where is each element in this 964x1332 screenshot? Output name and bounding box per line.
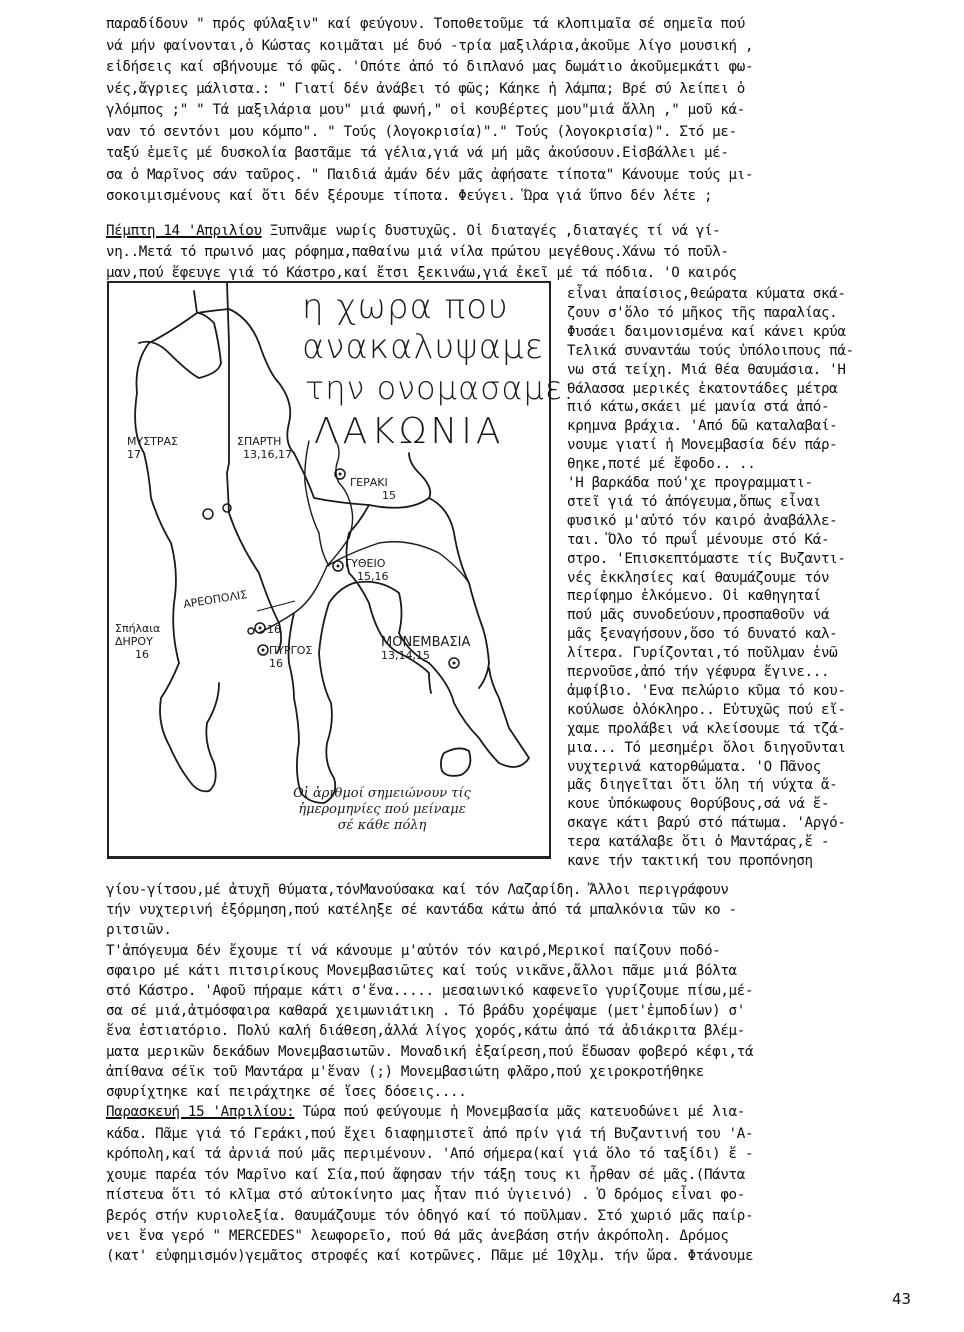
town-days: 16 — [115, 648, 175, 661]
town-sparti: ΣΠΑΡΤΗ 13,16,17 — [237, 435, 292, 461]
column-lines-line: 'Η βαρκάδα πού'χε προγραμματι- — [567, 473, 957, 494]
town-name: ΓΥΘΕΙΟ — [345, 557, 385, 570]
map-title-line-4: ΛΑΚΩΝΙΑ — [314, 411, 505, 452]
document-page: παραδίδουν " πρός φύλαξιν" καί φεύγουν. … — [0, 0, 964, 1332]
friday-lines-line: νει ἕνα γερό " MERCEDES" λεωφορεῖο, πού … — [106, 1226, 954, 1247]
column-lines-line: λίτερα. Γυρίζονται,τό ποῦλμαν ἐνῶ — [567, 643, 957, 664]
top-para-line: παραδίδουν " πρός φύλαξιν" καί φεύγουν. … — [106, 14, 954, 35]
friday-line-0: Τώρα πού φεύγουμε ἡ Μονεμβασία μᾶς κατευ… — [294, 1104, 745, 1120]
thursday-first-line: Πέμπτη 14 'Απριλίου Ξυπνᾶμε νωρίς δυστυχ… — [106, 221, 954, 242]
town-name: ΓΕΡΑΚΙ — [350, 476, 388, 489]
after-map-line: σφαιρο μέ κάτι πιτσιρίκους Μονεμβασιῶτες… — [106, 961, 954, 982]
column-lines-line: περνοῦσε,ἀπό τήν γέφυρα ἔγινε... — [567, 662, 957, 683]
friday-heading: Παρασκευή 15 'Απριλίου: — [106, 1104, 294, 1120]
column-lines-line: στεῖ γιά τό ἀπόγευμα,ὅπως εἶναι — [567, 492, 957, 513]
town-days: 17 — [127, 448, 178, 461]
column-lines-line: κανε τήν τακτική του προπόνηση — [567, 851, 957, 872]
column-lines-line: περίφημο ἑλκόμενο. Οἱ καθηγηταί — [567, 586, 957, 607]
friday-lines-line: χουμε παρέα τόν Μαρῖνο καί Σία,πού ἄφησα… — [106, 1165, 954, 1186]
top-para-line: σοκοιμισμένους καί ὅτι δέν ξέρουμε τίποτ… — [106, 186, 954, 207]
column-lines-line: θάλασσα μερικές ἑκατοντάδες μέτρα — [567, 379, 957, 400]
top-para-line: εἰδήσεις καί σβήνουμε τό φῶς. 'Οπότε ἀπό… — [106, 57, 954, 78]
caption-line: Οἱ ἀριθμοί σημειώνουν τίς — [247, 786, 517, 802]
after-map-line: ματα μερικῶν δεκάδων Μονεμβασιωτῶν. Μονα… — [106, 1042, 954, 1063]
column-lines-line: εἶναι ἀπαίσιος,θεώρατα κύματα σκά- — [567, 284, 957, 305]
town-days: 13,16,17 — [237, 448, 292, 461]
column-lines-line: σκαγε κάτι βαρύ στό πάτωμα. 'Αργό- — [567, 813, 957, 834]
column-lines-line: τερα κατάλαβε ὅτι ὁ Μαντάρας,ἔ - — [567, 832, 957, 853]
after-map-line: ἀπίθανα σέϊκ τοῦ Μαντάρα μ'ἕναν (;) Μονε… — [106, 1062, 954, 1083]
top-para-line: γλόμπος ;" " Τά μαξιλάρια μου" μιά φωνή,… — [106, 100, 954, 121]
column-lines-line: νουμε γιατί ἡ Μονεμβασία δέν πάρ- — [567, 435, 957, 456]
map-title-line-2: ανακαλυψαμε — [302, 327, 544, 367]
thursday-heading: Πέμπτη 14 'Απριλίου — [106, 223, 262, 239]
top-para-line: σα ὁ Μαρῖνος σάν ταῦρος. " Παιδιά ἀμάν δ… — [106, 165, 954, 186]
town-name: ΣΠΑΡΤΗ — [237, 435, 281, 448]
town-name: ΠΥΡΓΟΣ — [269, 644, 312, 657]
town-days: 15,16 — [345, 570, 389, 583]
town-name: Σπήλαια ΔΗΡΟΥ — [115, 622, 173, 648]
town-days: 16 — [267, 623, 281, 636]
after-map-line: ἕνα ἐστιατόριο. Πολύ καλή διάθεση,ἀλλά λ… — [106, 1021, 954, 1042]
friday-lines-line: βερός στήν κυριολεξία. Θαυμάζουμε τόν ὁδ… — [106, 1206, 954, 1227]
column-lines-line: πιό κάτω,σκάει μέ μανία στά ἀπό- — [567, 397, 957, 418]
column-lines-line: φυσικό μ'αὐτό τόν καιρό ἀναβάλλε- — [567, 511, 957, 532]
column-lines-line: κουε ὑπόκωφους θορύβους,σά νά ἔ- — [567, 794, 957, 815]
caption-line: ἡμερομηνίες πού μείναμε — [247, 802, 517, 818]
column-lines-line: Φυσάει δαιμονισμένα καί κάνει κρύα — [567, 322, 957, 343]
town-pyrgos: ΠΥΡΓΟΣ 16 — [269, 644, 312, 670]
caption-line: σέ κάθε πόλη — [247, 818, 517, 834]
map-title-line-1: η χωρα που — [302, 287, 509, 327]
thursday-line-0: Ξυπνᾶμε νωρίς δυστυχῶς. Οἱ διαταγές ,δια… — [262, 223, 721, 239]
column-lines-line: μια... Τό μεσημέρι ὅλοι διηγοῦνται — [567, 738, 957, 759]
town-monemvasia: ΜΟΝΕΜΒΑΣΙΑ 13,14,15 — [381, 636, 470, 662]
map-title-line-3: την ονομασαμε: — [305, 369, 575, 407]
after-map-line: στό Κάστρο. 'Αφοῦ πήραμε κάτι σ'ἕνα.....… — [106, 981, 954, 1002]
town-days: 16 — [269, 657, 312, 670]
friday-lines-line: πίστευα ὅτι τό κλῖμα στό αὐτοκίνητο μας … — [106, 1185, 954, 1206]
column-lines-line: νές ἐκκλησίες καί θαυμάζουμε τόν — [567, 568, 957, 589]
page-number: 43 — [892, 1290, 911, 1308]
friday-lines-line: κάδα. Πᾶμε γιά τό Γεράκι,πού ἔχει διαφημ… — [106, 1124, 954, 1145]
friday-first-line: Παρασκευή 15 'Απριλίου: Τώρα πού φεύγουμ… — [106, 1102, 954, 1123]
town-gytheio: ΓΥΘΕΙΟ 15,16 — [345, 557, 389, 583]
column-lines-line: μᾶς διηγεῖται ὅτι ὅλη τή νύχτα ἄ- — [567, 775, 957, 796]
after-map-line: τήν νυχτερινή ἐξόρμηση,πού κατέληξε σέ κ… — [106, 900, 954, 921]
top-para-line: ταξύ ἐμεῖς μέ δυσκολία βαστᾶμε τά γέλια,… — [106, 143, 954, 164]
after-map-line: σφυρίχτηκε καί πειράχτηκε σέ ἴσες δόσεις… — [106, 1082, 954, 1103]
map-caption: Οἱ ἀριθμοί σημειώνουν τίς ἡμερομηνίες πο… — [247, 786, 517, 834]
column-lines-line: κούλωσε ὁλόκληρο.. Εὐτυχῶς πού εἴ- — [567, 700, 957, 721]
town-name: ΜΥΣΤΡΑΣ — [127, 435, 178, 448]
after-map-line: Τ'ἀπόγευμα δέν ἔχουμε τί νά κάνουμε μ'αὐ… — [106, 941, 954, 962]
column-lines-line: στρο. 'Επισκεπτόμαστε τίς Βυζαντι- — [567, 549, 957, 570]
top-para-line: νά μήν φαίνονται,ὁ Κώστας κοιμᾶται μέ δυ… — [106, 36, 954, 57]
column-lines-line: θηκε,ποτέ μέ ἔφοδο.. .. — [567, 454, 957, 475]
town-mystras: ΜΥΣΤΡΑΣ 17 — [127, 435, 178, 461]
town-days: 15 — [350, 489, 396, 502]
town-name: ΜΟΝΕΜΒΑΣΙΑ — [381, 635, 470, 650]
column-lines-line: κρημνα βράχια. 'Από δῶ καταλαβαί- — [567, 416, 957, 437]
column-lines-line: νυχτερινά κατορθώματα. 'Ο Πᾶνος — [567, 757, 957, 778]
town-dirou-caves: Σπήλαια ΔΗΡΟΥ 16 — [115, 622, 175, 661]
column-lines-line: ται. Ὅλο τό πρωΐ μένουμε στό Κά- — [567, 530, 957, 551]
column-lines-line: χαμε προλάβει νά κλείσουμε τά τζά- — [567, 719, 957, 740]
laconia-map: η χωρα που ανακαλυψαμε την ονομασαμε: ΛΑ… — [107, 281, 551, 859]
after-map-line: γίου-γίτσου,μέ ἀτυχῆ θύματα,τόνΜανούσακα… — [106, 880, 954, 901]
town-days: 13,14,15 — [381, 649, 470, 662]
thursday-line-1: νη..Μετά τό πρωινό μας ρόφημα,παθαίνω μι… — [106, 242, 954, 263]
friday-lines-line: κρόπολη,καί τά ἀρνιά πού μᾶς περιμένουν.… — [106, 1144, 954, 1165]
town-geraki: ΓΕΡΑΚΙ 15 — [350, 476, 396, 502]
column-lines-line: ζουν σ'ὅλο τό μῆκος τῆς παραλίας. — [567, 303, 957, 324]
column-lines-line: νω στά τείχη. Μιά θέα θαυμάσια. 'Η — [567, 360, 957, 381]
top-para-line: ναν τό σεντόνι μου κόμπο". " Τούς (λογοκ… — [106, 122, 954, 143]
column-lines-line: ἀμφίβιο. 'Ενα πελώριο κῦμα τό κου- — [567, 681, 957, 702]
top-para-line: νές,ἄγριες μάλιστα.: " Γιατί δέν ἀνάβει … — [106, 79, 954, 100]
town-areopolis-days: 16 — [267, 623, 281, 636]
column-lines-line: μᾶς ξεναγήσουν,ὅσο τό δυνατό καλ- — [567, 624, 957, 645]
after-map-line: ριτσιῶν. — [106, 920, 954, 941]
friday-lines-line: (κατ' εὐφημισμόν)γεμᾶτος στροφές καί κοτ… — [106, 1246, 954, 1267]
after-map-line: σα σέ μιά,ἀτμόσφαιρα καθαρά χειμωνιάτικη… — [106, 1001, 954, 1022]
column-lines-line: Τελικά συναντάω τούς ὑπόλοιπους πά- — [567, 341, 957, 362]
column-lines-line: πού μᾶς συνοδεύουν,προσπαθοῦν νά — [567, 605, 957, 626]
